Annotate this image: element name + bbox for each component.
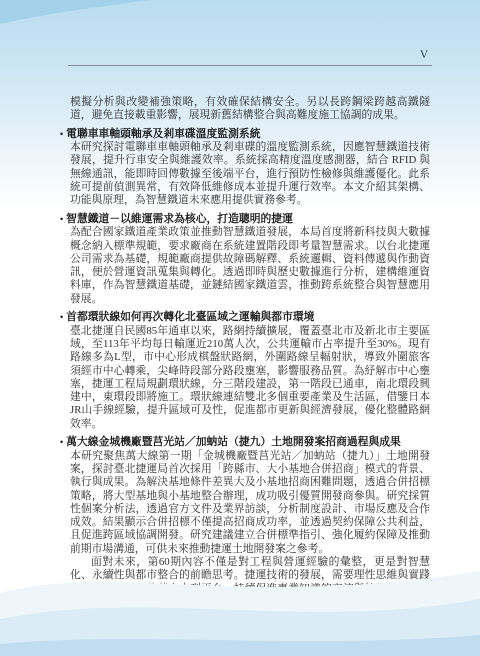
section-body: 臺北捷運自民國85年通車以來，路網持續擴展，覆蓋臺北市及新北市主要區域，至113… [70,325,430,431]
section-body: 本研究聚焦萬大線第一期「金城機廠暨莒光站／加蚋站（捷九）」土地開發案，探討臺北捷… [70,450,430,556]
section-title-text: 萬大線金城機廠暨莒光站／加蚋站（捷九）土地開發案招商過程與成果 [66,436,401,448]
section-land-development: •萬大線金城機廠暨莒光站／加蚋站（捷九）土地開發案招商過程與成果 本研究聚焦萬大… [70,436,430,556]
section-circular-line: •首都環狀線如何再次轉化北臺區域之運輸與都市環境 臺北捷運自民國85年通車以來，… [70,311,430,431]
section-title-text: 首都環狀線如何再次轉化北臺區域之運輸與都市環境 [66,311,314,323]
section-temperature-monitoring: •電聯車車軸頭軸承及剎車碟溫度監測系統 本研究探討電聯車車軸頭軸承及剎車碟的溫度… [70,128,430,208]
header-rule [68,65,432,66]
section-smart-rail: •智慧鐵道－以維運需求為核心，打造聰明的捷運 為配合國家鐵道產業政策並推動智慧鐵… [70,213,430,306]
bullet-icon: • [60,312,63,322]
intro-paragraph: 模擬分析與改變補強策略，有效確保結構安全。另以長跨鋼梁跨越高鐵隧道，避免直接載重… [70,96,430,123]
section-title-text: 智慧鐵道－以維運需求為核心，打造聰明的捷運 [66,213,293,225]
corner-swoosh-decoration [0,0,160,28]
section-body: 為配合國家鐵道產業政策並推動智慧鐵道發展，本局首度將新科技與大數據概念納入標準規… [70,226,430,306]
section-title: •萬大線金城機廠暨莒光站／加蚋站（捷九）土地開發案招商過程與成果 [60,436,430,450]
section-title: •首都環狀線如何再次轉化北臺區域之運輸與都市環境 [60,311,430,325]
bullet-icon: • [60,129,63,139]
bullet-icon: • [60,437,63,447]
bottom-wave-decoration [0,551,480,656]
page-number: V [414,49,434,61]
section-body: 本研究探討電聯車車軸頭軸承及剎車碟的溫度監測系統，因應智慧鐵道技術發展，提升行車… [70,141,430,207]
section-title: •智慧鐵道－以維運需求為核心，打造聰明的捷運 [60,213,430,227]
section-title-text: 電聯車車軸頭軸承及剎車碟溫度監測系統 [66,128,260,140]
bullet-icon: • [60,214,63,224]
document-page: V 模擬分析與改變補強策略，有效確保結構安全。另以長跨鋼梁跨越高鐵隧道，避免直接… [0,0,480,656]
section-title: •電聯車車軸頭軸承及剎車碟溫度監測系統 [60,128,430,142]
